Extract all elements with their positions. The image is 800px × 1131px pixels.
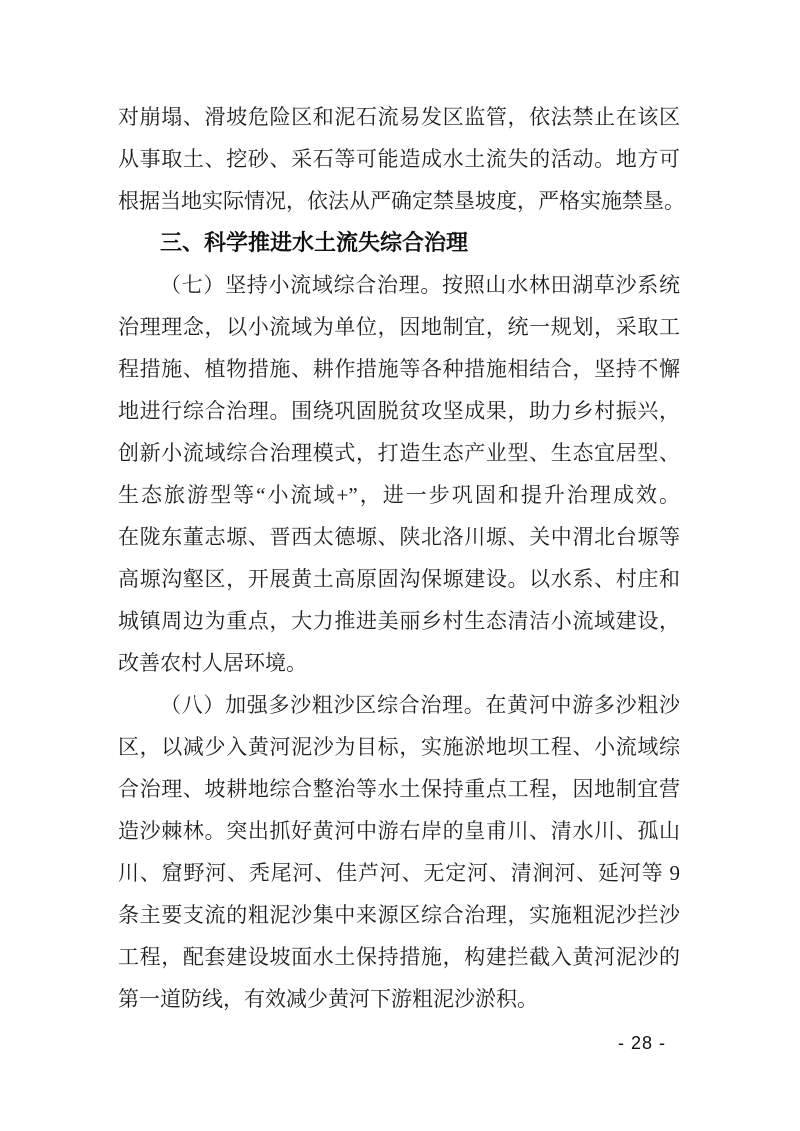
text-line: 合治理、坡耕地综合整治等水土保持重点工程，因地制宜营 [118, 768, 680, 810]
text-line: 城镇周边为重点，大力推进美丽乡村生态清洁小流域建设， [118, 600, 680, 642]
text-line: 治理理念，以小流域为单位，因地制宜，统一规划，采取工 [118, 306, 680, 348]
text-line: 根据当地实际情况，依法从严确定禁垦坡度，严格实施禁垦。 [118, 180, 680, 222]
text-line: 在陇东董志塬、晋西太德塬、陕北洛川塬、关中渭北台塬等 [118, 516, 680, 558]
text-block: 对崩塌、滑坡危险区和泥石流易发区监管，依法禁止在该区从事取土、挖砂、采石等可能造… [118, 96, 680, 1020]
document-page: 对崩塌、滑坡危险区和泥石流易发区监管，依法禁止在该区从事取土、挖砂、采石等可能造… [0, 0, 800, 1131]
text-line: （八）加强多沙粗沙区综合治理。在黄河中游多沙粗沙 [118, 684, 680, 726]
section-heading: 三、科学推进水土流失综合治理 [118, 222, 680, 264]
page-number: - 28 - [618, 1033, 666, 1054]
text-line: 区，以减少入黄河泥沙为目标，实施淤地坝工程、小流域综 [118, 726, 680, 768]
text-line: 地进行综合治理。围绕巩固脱贫攻坚成果，助力乡村振兴， [118, 390, 680, 432]
text-line: 程措施、植物措施、耕作措施等各种措施相结合，坚持不懈 [118, 348, 680, 390]
text-line: 从事取土、挖砂、采石等可能造成水土流失的活动。地方可 [118, 138, 680, 180]
text-line: 生态旅游型等“小流域+”，进一步巩固和提升治理成效。 [118, 474, 680, 516]
text-line: 高塬沟壑区，开展黄土高原固沟保塬建设。以水系、村庄和 [118, 558, 680, 600]
text-line: （七）坚持小流域综合治理。按照山水林田湖草沙系统 [118, 264, 680, 306]
text-line: 第一道防线，有效减少黄河下游粗泥沙淤积。 [118, 978, 680, 1020]
text-line: 造沙棘林。突出抓好黄河中游右岸的皇甫川、清水川、孤山 [118, 810, 680, 852]
text-line: 川、窟野河、秃尾河、佳芦河、无定河、清涧河、延河等 9 [118, 852, 680, 894]
text-line: 创新小流域综合治理模式，打造生态产业型、生态宜居型、 [118, 432, 680, 474]
text-line: 改善农村人居环境。 [118, 642, 680, 684]
text-line: 条主要支流的粗泥沙集中来源区综合治理，实施粗泥沙拦沙 [118, 894, 680, 936]
text-line: 对崩塌、滑坡危险区和泥石流易发区监管，依法禁止在该区 [118, 96, 680, 138]
text-line: 工程，配套建设坡面水土保持措施，构建拦截入黄河泥沙的 [118, 936, 680, 978]
